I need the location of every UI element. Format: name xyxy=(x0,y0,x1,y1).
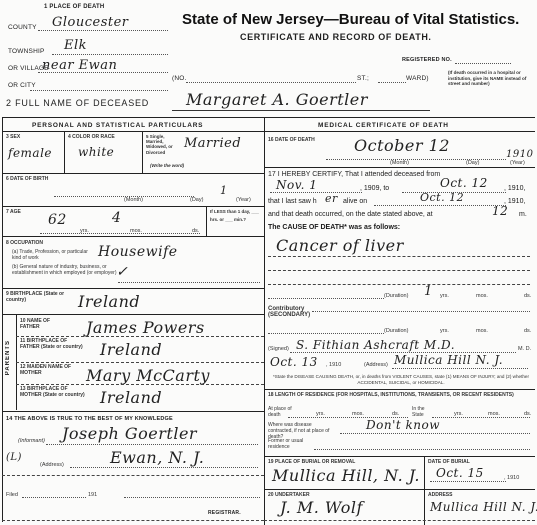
duration-line xyxy=(268,298,384,299)
at-place-ds: ds. xyxy=(392,411,399,417)
less-than-label: If LESS than 1 day, ___ hrs. or ___ min.… xyxy=(210,208,262,224)
document-subtitle: CERTIFICATE AND RECORD OF DEATH. xyxy=(240,32,432,42)
father-name-value: James Powers xyxy=(86,318,205,337)
cause-value: Cancer of liver xyxy=(276,236,404,255)
certify-text: 17 I HEREBY CERTIFY, That I attended dec… xyxy=(268,171,440,178)
divider-dob xyxy=(2,173,264,174)
medical-address-value: Mullica Hill N. J. xyxy=(394,353,503,367)
birthplace-label: 9 BIRTHPLACE (State or country) xyxy=(6,291,66,303)
registered-no-label: Registered No. xyxy=(402,57,452,63)
dob-day-label: (Day) xyxy=(190,197,203,203)
township-line xyxy=(52,54,168,55)
divider-age xyxy=(2,206,264,207)
burial-divider xyxy=(424,456,425,525)
birthplace-value: Ireland xyxy=(78,292,140,311)
dob-label: 6 DATE OF BIRTH xyxy=(6,176,48,182)
divider-filed xyxy=(2,475,264,476)
occupation-b-value: ✓ xyxy=(116,264,128,280)
father-birthplace-label: 11 BIRTHPLACE OF FATHER (State or countr… xyxy=(20,338,86,350)
informant-value: Joseph Goertler xyxy=(62,424,197,443)
divider-mother-bp xyxy=(16,384,264,385)
color-label: 4 COLOR OR RACE xyxy=(68,134,115,140)
date-of-death-label: 16 DATE OF DEATH xyxy=(268,137,315,143)
at-place-mos: mos. xyxy=(352,411,364,417)
signed-label: (Signed) xyxy=(268,346,289,352)
sex-value: female xyxy=(8,146,52,160)
color-divider xyxy=(142,131,143,173)
deceased-name-value: Margaret A. Goertler xyxy=(186,90,368,109)
divider-occupation xyxy=(2,236,264,237)
village-value: near Ewan xyxy=(42,58,117,73)
burial-place-label: 19 PLACE OF BURIAL OR REMOVAL xyxy=(268,459,355,465)
occurred-text: and that death occurred, on the date sta… xyxy=(268,211,433,218)
sex-label: 3 SEX xyxy=(6,134,20,140)
left-border xyxy=(2,117,3,522)
margin-mark: (L) xyxy=(6,452,22,463)
dod-day-label: (Day) xyxy=(466,160,479,166)
dob-year-value: 1 xyxy=(220,184,228,197)
residence-label: 18 LENGTH OF RESIDENCE (FOR HOSPITALS, I… xyxy=(268,392,528,398)
in-state-ds: ds. xyxy=(524,411,531,417)
occupation-a-label: (a) Trade, Profession, or particular kin… xyxy=(12,249,92,261)
last-saw-date: Oct. 12 xyxy=(420,191,464,204)
divider-mother-name xyxy=(16,362,264,363)
hospital-note: (If death occurred in a hospital or inst… xyxy=(448,70,534,87)
st-label: St.; xyxy=(357,75,369,82)
undertaker-address-label: ADDRESS xyxy=(428,492,452,498)
divider-certify xyxy=(264,167,535,168)
burial-place-value: Mullica Hill, N. J. xyxy=(272,466,420,485)
dod-month-label: (Month) xyxy=(390,160,409,166)
in-state-line xyxy=(432,417,530,418)
medical-section-title: MEDICAL CERTIFICATE OF DEATH xyxy=(318,122,449,129)
divider-top xyxy=(2,117,535,118)
city-line xyxy=(30,90,168,91)
cause-line-1 xyxy=(268,256,530,257)
parents-label: PARENTS xyxy=(5,340,11,375)
last-saw-text-b: alive on xyxy=(343,198,367,205)
father-name-label: 10 NAME OF FATHER xyxy=(20,318,68,330)
less-than-divider xyxy=(206,206,207,236)
contributory-line xyxy=(312,311,530,312)
dod-year-value: 1910 xyxy=(506,149,533,160)
attended-to-year: , 1910, xyxy=(504,185,525,192)
duration-label: (Duration) xyxy=(384,293,408,299)
place-of-death-label: 1 PLACE OF DEATH xyxy=(44,4,104,10)
informant-address-line xyxy=(70,467,258,468)
contributory-mos-label: mos. xyxy=(476,328,488,334)
cause-label: The CAUSE OF DEATH* was as follows: xyxy=(268,224,400,231)
informant-label: (Informant) xyxy=(18,438,45,444)
informant-line xyxy=(46,444,258,445)
occurred-m: m. xyxy=(519,211,527,218)
county-line xyxy=(38,30,168,31)
duration-yrs-label: yrs. xyxy=(440,293,449,299)
county-label: County xyxy=(8,24,37,31)
informant-statement: 14 THE ABOVE IS TRUE TO THE BEST OF MY K… xyxy=(6,416,173,422)
in-state-yrs: yrs. xyxy=(454,411,463,417)
cause-footnote: *State the DISEASE CAUSING DEATH, or, in… xyxy=(272,374,530,385)
mother-birthplace-label: 13 BIRTHPLACE OF MOTHER (State or countr… xyxy=(20,386,86,398)
father-birthplace-value: Ireland xyxy=(100,340,162,359)
document-title: State of New Jersey—Bureau of Vital Stat… xyxy=(182,11,519,28)
last-saw-text-a: that I last saw h xyxy=(268,198,317,205)
township-value: Elk xyxy=(64,38,87,53)
informant-address-label: (Address) xyxy=(40,462,64,468)
duration-ds-label: ds. xyxy=(524,293,531,299)
filed-label: Filed xyxy=(6,492,18,498)
mother-name-value: Mary McCarty xyxy=(86,366,210,385)
occupation-a-value: Housewife xyxy=(98,244,178,260)
mother-birthplace-value: Ireland xyxy=(100,388,162,407)
last-saw-her: er xyxy=(325,192,338,205)
burial-date-line xyxy=(430,481,506,482)
signed-year: , 1910 xyxy=(326,362,341,368)
undertaker-address-value: Mullica Hill N. J. xyxy=(430,500,537,514)
divider-personal xyxy=(2,131,264,132)
county-value: Gloucester xyxy=(52,15,129,30)
center-divider xyxy=(264,117,265,525)
divider-informant xyxy=(2,411,264,412)
dob-year-label: (Year) xyxy=(236,197,251,203)
burial-date-label: DATE OF BURIAL xyxy=(428,459,470,465)
md-label: M. D. xyxy=(518,346,531,352)
occupation-b-label: (b) General nature of industry, business… xyxy=(12,264,118,276)
undertaker-value: J. M. Wolf xyxy=(280,498,363,517)
contributory-duration-label: (Duration) xyxy=(384,328,408,334)
deceased-name-line xyxy=(172,110,430,111)
divider-residence xyxy=(264,389,535,390)
date-of-death-value: October 12 xyxy=(354,136,450,155)
divider-undertaker xyxy=(264,489,535,490)
age-line xyxy=(40,233,200,234)
street-no-label: (No. xyxy=(172,75,187,82)
signed-value: S. Fithian Ashcraft M.D. xyxy=(296,338,455,352)
deceased-name-label: 2 FULL NAME OF DECEASED xyxy=(6,98,149,108)
divider-parents xyxy=(2,314,264,315)
age-months-value: 4 xyxy=(112,210,121,226)
dob-month-label: (Month) xyxy=(124,197,143,203)
attended-from-line xyxy=(270,192,362,193)
contributory-label: Contributory (SECONDARY) xyxy=(268,306,308,318)
cause-line-2 xyxy=(268,270,530,271)
marital-hint: (Write the word) xyxy=(150,163,184,169)
attended-from-year: , 1909, to xyxy=(360,185,389,192)
street-line xyxy=(186,82,356,83)
in-state-mos: mos. xyxy=(488,411,500,417)
signed-date: Oct. 13 xyxy=(270,355,318,369)
ward-label: Ward) xyxy=(406,75,429,82)
divider-father-bp xyxy=(16,336,264,337)
former-residence-label: Former or usual residence xyxy=(268,438,312,450)
attended-to-value: Oct. 12 xyxy=(440,176,488,190)
age-label: 7 AGE xyxy=(6,209,21,215)
burial-date-year: , 1910 xyxy=(504,475,519,481)
attended-from-value: Nov. 1 xyxy=(276,178,317,192)
at-place-yrs: yrs. xyxy=(316,411,325,417)
township-label: Township xyxy=(8,48,45,55)
occurred-time: 12 xyxy=(492,204,508,218)
city-label: or City xyxy=(8,82,36,89)
marital-label: 5 Single, Married, Widowed, or Divorced xyxy=(146,134,182,155)
registrar-label: REGISTRAR. xyxy=(208,510,241,516)
divider-medical xyxy=(264,131,535,132)
former-residence-line xyxy=(314,449,530,450)
dod-year-label: (Year) xyxy=(510,160,525,166)
divider-birthplace xyxy=(2,288,264,289)
mother-name-label: 12 MAIDEN NAME OF MOTHER xyxy=(20,364,80,376)
age-years-value: 62 xyxy=(48,212,67,228)
cause-line-3 xyxy=(268,284,530,285)
color-value: white xyxy=(78,145,114,159)
burial-date-value: Oct. 15 xyxy=(436,466,484,480)
marital-value: Married xyxy=(184,136,241,151)
registrar-line xyxy=(124,497,260,498)
divider-bottom-right xyxy=(264,520,535,521)
medical-address-line xyxy=(392,368,528,369)
occupation-b-line xyxy=(118,282,260,283)
contributory-duration-line xyxy=(268,333,384,334)
personal-section-title: PERSONAL AND STATISTICAL PARTICULARS xyxy=(32,122,203,129)
contributory-ds-label: ds. xyxy=(524,328,531,334)
filed-year: 191 xyxy=(88,492,97,498)
last-saw-line xyxy=(374,205,506,206)
filed-line xyxy=(22,497,86,498)
death-certificate: 1 PLACE OF DEATH County Gloucester Towns… xyxy=(0,0,537,525)
contracted-value: Don't know xyxy=(366,418,440,432)
occupation-label: 8 OCCUPATION xyxy=(6,240,43,246)
sex-divider xyxy=(64,131,65,173)
divider-bottom-left xyxy=(2,520,264,521)
contributory-yrs-label: yrs. xyxy=(440,328,449,334)
registered-no-line xyxy=(455,63,511,64)
contracted-line xyxy=(340,433,530,434)
ward-line xyxy=(378,82,406,83)
medical-address-label: (Address) xyxy=(364,362,388,368)
duration-years: 1 xyxy=(424,284,433,299)
duration-mos-label: mos. xyxy=(476,293,488,299)
informant-address-value: Ewan, N. J. xyxy=(110,448,204,467)
divider-burial xyxy=(264,456,535,457)
